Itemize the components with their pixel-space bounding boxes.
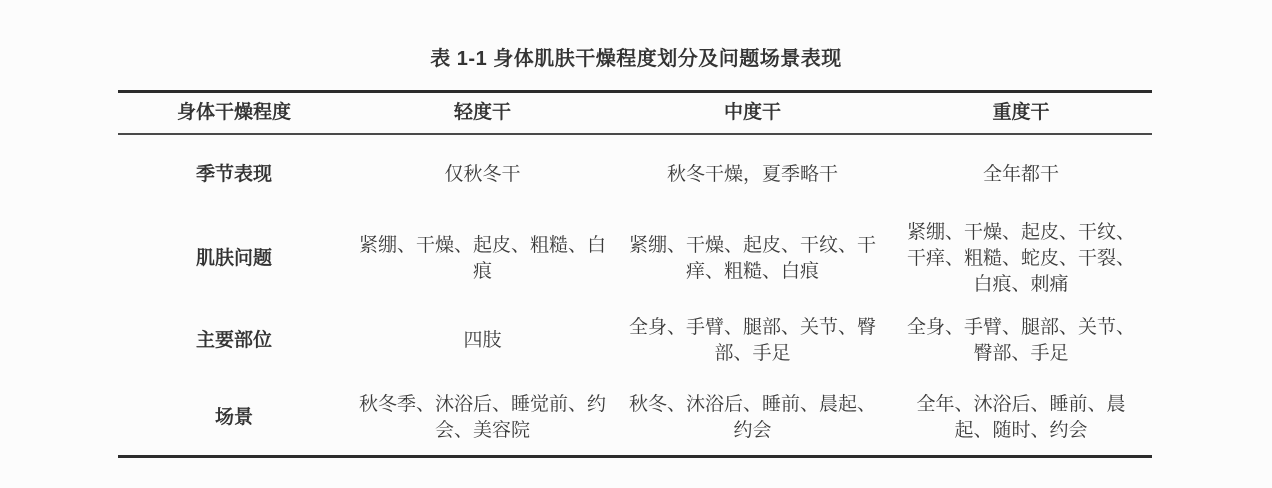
cell-skin-problems-mild: 紧绷、干燥、起皮、粗糙、白痕 — [350, 215, 615, 302]
table-title: 表 1-1 身体肌肤干燥程度划分及问题场景表现 — [0, 42, 1272, 71]
cell-main-areas-moderate: 全身、手臂、腿部、关节、臀部、手足 — [615, 302, 890, 380]
cell-skin-problems-severe: 紧绷、干燥、起皮、干纹、干痒、粗糙、蛇皮、干裂、白痕、刺痛 — [890, 215, 1152, 302]
column-header-mild: 轻度干 — [350, 93, 615, 135]
cell-main-areas-mild: 四肢 — [350, 302, 615, 380]
row-label-season: 季节表现 — [118, 135, 350, 215]
cell-main-areas-severe: 全身、手臂、腿部、关节、臀部、手足 — [890, 302, 1152, 380]
cell-scenes-moderate: 秋冬、沐浴后、睡前、晨起、约会 — [615, 380, 890, 455]
dryness-table: 身体干燥程度 轻度干 中度干 重度干 季节表现 仅秋冬干 秋冬干燥，夏季略干 全… — [118, 90, 1152, 458]
cell-scenes-severe: 全年、沐浴后、睡前、晨起、随时、约会 — [890, 380, 1152, 455]
dryness-table-grid: 身体干燥程度 轻度干 中度干 重度干 季节表现 仅秋冬干 秋冬干燥，夏季略干 全… — [118, 93, 1152, 455]
column-header-moderate: 中度干 — [615, 93, 890, 135]
column-header-severe: 重度干 — [890, 93, 1152, 135]
row-label-main-areas: 主要部位 — [118, 302, 350, 380]
cell-season-severe: 全年都干 — [890, 135, 1152, 215]
row-label-scenes: 场景 — [118, 380, 350, 455]
cell-skin-problems-moderate: 紧绷、干燥、起皮、干纹、干痒、粗糙、白痕 — [615, 215, 890, 302]
column-header-degree: 身体干燥程度 — [118, 93, 350, 135]
cell-season-mild: 仅秋冬干 — [350, 135, 615, 215]
row-label-skin-problems: 肌肤问题 — [118, 215, 350, 302]
cell-season-moderate: 秋冬干燥，夏季略干 — [615, 135, 890, 215]
cell-scenes-mild: 秋冬季、沐浴后、睡觉前、约会、美容院 — [350, 380, 615, 455]
